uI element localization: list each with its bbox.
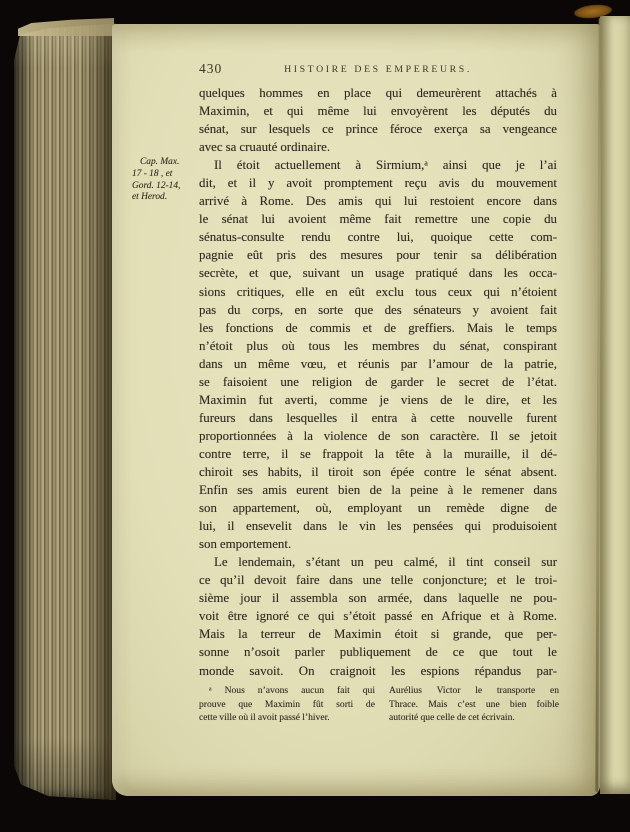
text-line: secrète, et que, suivant un usage pratiq…: [199, 264, 557, 282]
body-text: quelques hommes en place qui demeurèrent…: [199, 84, 557, 680]
text-line: arrivé à Rome. Des amis qui lui restoien…: [199, 192, 557, 210]
text-line: Maximin, et qui même lui envoyèrent les …: [199, 102, 557, 120]
paragraph: quelques hommes en place qui demeurèrent…: [199, 84, 557, 156]
text-line: Enfin ses amis eurent bien de la peine à…: [199, 481, 557, 499]
paragraph: Le lendemain, s’étant un peu calmé, il t…: [199, 553, 557, 679]
text-line: monde savoit. On craignoit les espions r…: [199, 662, 557, 680]
text-line: quelques hommes en place qui demeurèrent…: [199, 84, 557, 102]
footnote-column-1: ᵃ Nous n’avons aucun fait quiprouve que …: [199, 684, 375, 725]
text-line: Maximin fut averti, comme je viens de le…: [199, 391, 557, 409]
margin-note-line: Cap. Max.: [132, 157, 198, 169]
text-line: Il étoit actuellement à Sirmium,ᵃ ainsi …: [199, 156, 557, 174]
text-line: dit, et il y avoit promptement reçu avis…: [199, 174, 557, 192]
running-title: HISTOIRE DES EMPEREURS.: [199, 64, 557, 75]
text-line: fureurs dans lesquelles il entra à cette…: [199, 409, 557, 427]
text-line: Thrace. Mais c’est une bien foible: [389, 698, 559, 712]
text-line: cette ville où il avoit passé l’hiver.: [199, 711, 375, 725]
text-line: pas du corps, en sorte que des sénateurs…: [199, 301, 557, 319]
margin-note-line: Gord. 12-14,: [132, 181, 198, 193]
text-line: son emportement.: [199, 535, 557, 553]
text-line: n’étoit plus où tous les membres du séna…: [199, 337, 557, 355]
footnote-column-2: Aurélius Victor le transporte enThrace. …: [389, 684, 559, 725]
margin-note-line: et Herod.: [132, 192, 198, 204]
text-line: sions critiques, elle en eût exclu tous …: [199, 283, 557, 301]
text-line: ce qu’il devoit faire dans une telle con…: [199, 571, 557, 589]
margin-citation: Cap. Max.17 - 18 , etGord. 12-14,et Hero…: [132, 157, 198, 204]
text-line: voit être ignoré ce qui s’étoit passé en…: [199, 607, 557, 625]
facing-page-gutter: [600, 16, 630, 794]
book-page-edges: [14, 22, 116, 800]
text-line: Aurélius Victor le transporte en: [389, 684, 559, 698]
text-line: contre terre, il se frappoit la tête à l…: [199, 445, 557, 463]
text-line: chiroit ses habits, il tiroit son épée c…: [199, 463, 557, 481]
text-line: autorité que celle de cet écrivain.: [389, 711, 559, 725]
book-page: 430 HISTOIRE DES EMPEREURS. Cap. Max.17 …: [112, 24, 600, 796]
text-line: prouve que Maximin fût sorti de: [199, 698, 375, 712]
text-line: sonne n’osoit parler publiquement de ce …: [199, 643, 557, 661]
text-line: dans un même vœu, et réunis par l’amour …: [199, 355, 557, 373]
text-line: lui, il ensevelit dans le vin les pensée…: [199, 517, 557, 535]
text-line: sénat, sur lesquels ce prince féroce exe…: [199, 120, 557, 138]
text-line: Mais la terreur de Maximin étoit si gran…: [199, 625, 557, 643]
page-corner-fan: [18, 18, 114, 36]
margin-note-line: 17 - 18 , et: [132, 169, 198, 181]
text-line: Le lendemain, s’étant un peu calmé, il t…: [199, 553, 557, 571]
text-line: le sénat lui avoient même fait remettre …: [199, 210, 557, 228]
text-line: sénatus-consulte rendu contre lui, quoiq…: [199, 228, 557, 246]
text-line: pagnie eût pris des mesures pour tenir s…: [199, 246, 557, 264]
text-line: avec sa cruauté ordinaire.: [199, 138, 557, 156]
text-line: ᵃ Nous n’avons aucun fait qui: [199, 684, 375, 698]
text-line: son appartement, où, employant un remède…: [199, 499, 557, 517]
text-line: se faisoient une religion de garder le s…: [199, 373, 557, 391]
page-header: 430 HISTOIRE DES EMPEREURS.: [199, 60, 557, 78]
text-line: sième jour il assembla son armée, dans l…: [199, 589, 557, 607]
paragraph: Il étoit actuellement à Sirmium,ᵃ ainsi …: [199, 156, 557, 553]
text-line: les fonctions de commis et de greffiers.…: [199, 319, 557, 337]
text-line: proportionnées à la violence de son cara…: [199, 427, 557, 445]
